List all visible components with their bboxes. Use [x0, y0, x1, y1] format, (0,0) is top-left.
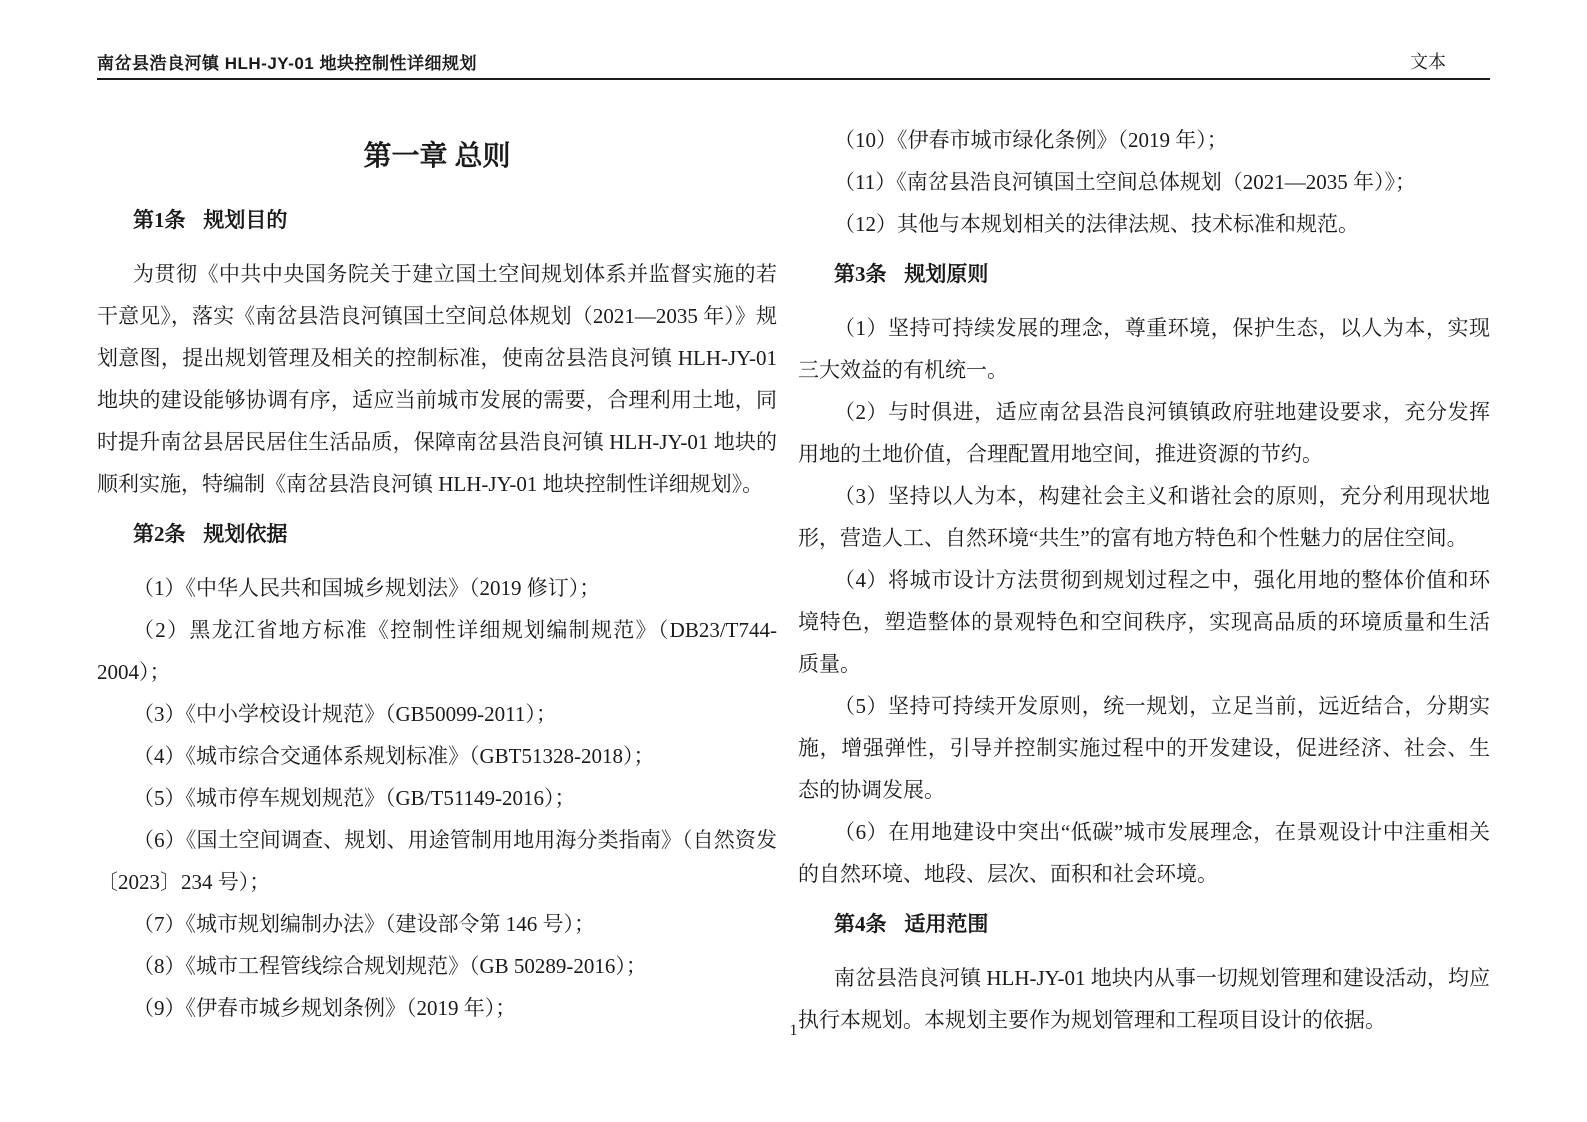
header-doc-title: 南岔县浩良河镇 HLH-JY-01 地块控制性详细规划 — [97, 49, 477, 74]
page-footer: 1 — [0, 1022, 1587, 1040]
article-2-number: 第2条 — [133, 522, 186, 546]
article-2-item-5: （5）《城市停车规划规范》（GB/T51149-2016）； — [97, 777, 777, 819]
page-number: 1 — [790, 1022, 798, 1039]
article-3-number: 第3条 — [834, 262, 887, 286]
article-1-number: 第1条 — [133, 208, 186, 232]
article-2-title: 规划依据 — [203, 522, 287, 546]
article-1-heading: 第1条 规划目的 — [97, 199, 777, 241]
document-body: 第一章 总则 第1条 规划目的 为贯彻《中共中央国务院关于建立国土空间规划体系并… — [97, 80, 1490, 1041]
article-2-item-1: （1）《中华人民共和国城乡规划法》（2019 修订）； — [97, 567, 777, 609]
article-3-item-5: （5）坚持可持续开发原则，统一规划，立足当前，远近结合，分期实施，增强弹性，引导… — [798, 685, 1490, 811]
article-3-item-2: （2）与时俱进，适应南岔县浩良河镇镇政府驻地建设要求，充分发挥用地的土地价值，合… — [798, 391, 1490, 475]
article-2-item-4: （4）《城市综合交通体系规划标准》（GBT51328-2018）； — [97, 735, 777, 777]
article-2-item-11: （11）《南岔县浩良河镇国土空间总体规划（2021—2035 年）》； — [798, 161, 1490, 203]
article-1-title: 规划目的 — [203, 208, 287, 232]
article-3-item-6: （6）在用地建设中突出“低碳”城市发展理念，在景观设计中注重相关的自然环境、地段… — [798, 811, 1490, 895]
article-2-item-3: （3）《中小学校设计规范》（GB50099-2011）； — [97, 693, 777, 735]
page-header: 南岔县浩良河镇 HLH-JY-01 地块控制性详细规划 文本 — [97, 0, 1490, 80]
article-2-item-12: （12）其他与本规划相关的法律法规、技术标准和规范。 — [798, 203, 1490, 245]
article-1-body: 为贯彻《中共中央国务院关于建立国土空间规划体系并监督实施的若干意见》，落实《南岔… — [97, 253, 777, 505]
right-column: （10）《伊春市城市绿化条例》（2019 年）； （11）《南岔县浩良河镇国土空… — [798, 119, 1490, 1041]
article-3-title: 规划原则 — [904, 262, 988, 286]
article-2-item-2: （2）黑龙江省地方标准《控制性详细规划编制规范》（DB23/T744-2004）… — [97, 609, 777, 693]
left-column: 第一章 总则 第1条 规划目的 为贯彻《中共中央国务院关于建立国土空间规划体系并… — [97, 119, 777, 1041]
article-2-item-8: （8）《城市工程管线综合规划规范》（GB 50289-2016）； — [97, 945, 777, 987]
header-doc-type: 文本 — [1410, 48, 1446, 74]
chapter-title: 第一章 总则 — [97, 135, 777, 179]
article-4-heading: 第4条 适用范围 — [798, 903, 1490, 945]
article-2-item-6: （6）《国土空间调查、规划、用途管制用地用海分类指南》（自然资发〔2023〕23… — [97, 819, 777, 903]
article-2-item-7: （7）《城市规划编制办法》（建设部令第 146 号）； — [97, 903, 777, 945]
article-4-number: 第4条 — [834, 912, 887, 936]
article-2-item-10: （10）《伊春市城市绿化条例》（2019 年）； — [798, 119, 1490, 161]
article-2-heading: 第2条 规划依据 — [97, 513, 777, 555]
document-page: 南岔县浩良河镇 HLH-JY-01 地块控制性详细规划 文本 第一章 总则 第1… — [0, 0, 1587, 1122]
article-3-item-1: （1）坚持可持续发展的理念，尊重环境，保护生态，以人为本，实现三大效益的有机统一… — [798, 307, 1490, 391]
article-3-item-3: （3）坚持以人为本，构建社会主义和谐社会的原则，充分利用现状地形，营造人工、自然… — [798, 475, 1490, 559]
article-3-item-4: （4）将城市设计方法贯彻到规划过程之中，强化用地的整体价值和环境特色，塑造整体的… — [798, 559, 1490, 685]
article-4-title: 适用范围 — [904, 912, 988, 936]
article-3-heading: 第3条 规划原则 — [798, 253, 1490, 295]
